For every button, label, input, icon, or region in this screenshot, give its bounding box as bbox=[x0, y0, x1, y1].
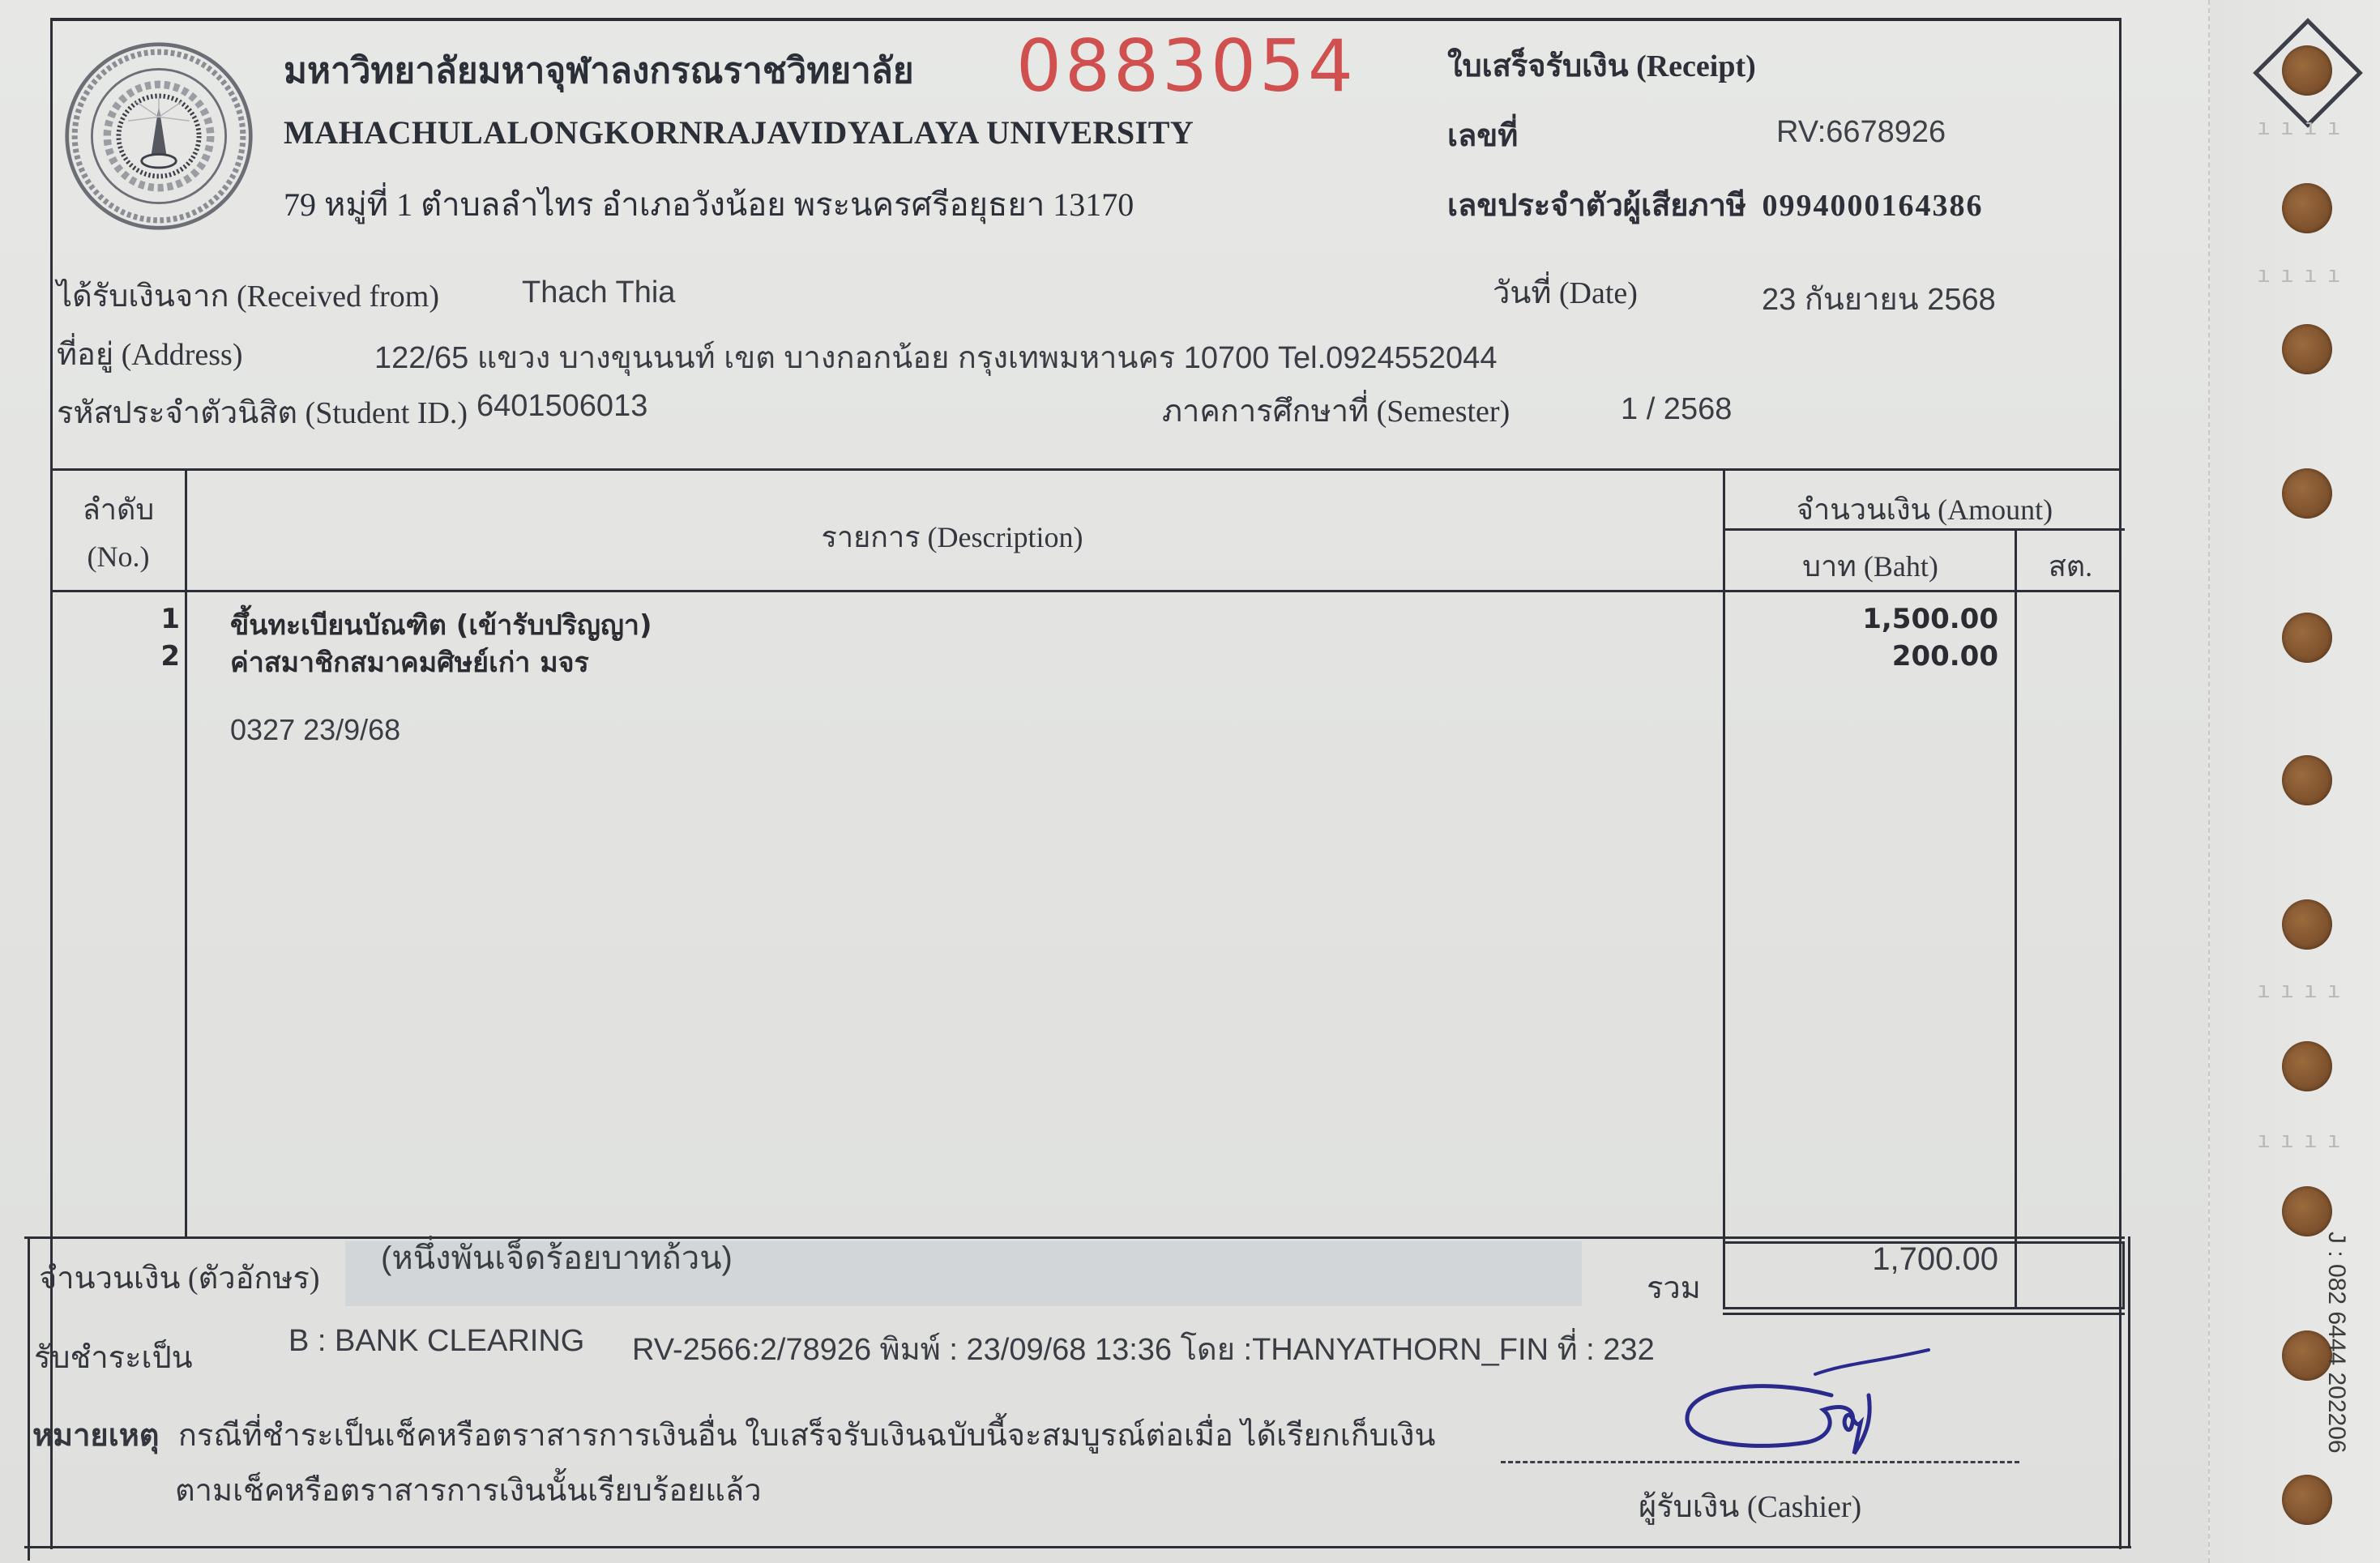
divider bbox=[24, 1236, 2125, 1239]
column-header-description: รายการ (Description) bbox=[616, 514, 1288, 560]
divider bbox=[50, 590, 2121, 592]
student-id-label: รหัสประจำตัวนิสิต (Student ID.) bbox=[57, 387, 468, 437]
address-label: ที่อยู่ (Address) bbox=[57, 329, 242, 378]
column-header-baht: บาท (Baht) bbox=[1726, 543, 2015, 589]
semester-value: 1 / 2568 bbox=[1621, 392, 1732, 427]
feed-hole-icon bbox=[2282, 324, 2332, 374]
feed-hole-icon bbox=[2282, 1186, 2332, 1236]
remarks-line-1: กรณีที่ชำระเป็นเช็คหรือตราสารการเงินอื่น… bbox=[178, 1419, 1436, 1453]
tax-id: เลขประจำตัวผู้เสียภาษี 0994000164386 bbox=[1447, 180, 1983, 229]
column-header-no-thai: ลำดับ bbox=[78, 486, 159, 532]
cashier-label: ผู้รับเงิน (Cashier) bbox=[1639, 1481, 1861, 1531]
university-name-thai: มหาวิทยาลัยมหาจุฬาลงกรณราชวิทยาลัย bbox=[284, 42, 914, 99]
column-header-satang: สต. bbox=[2018, 543, 2123, 589]
remarks: หมายเหตุ กรณีที่ชำระเป็นเช็คหรือตราสารกา… bbox=[32, 1410, 1435, 1459]
feed-hole-icon bbox=[2282, 1041, 2332, 1091]
receipt-title: ใบเสร็จรับเงิน (Receipt) bbox=[1447, 41, 1756, 90]
received-from-value: Thach Thia bbox=[522, 275, 675, 310]
signature-line bbox=[1501, 1461, 2019, 1463]
receipt-serial-number: 0883054 bbox=[1016, 24, 1357, 108]
received-from-label: ได้รับเงินจาก (Received from) bbox=[57, 271, 439, 320]
column-header-amount: จำนวนเงิน (Amount) bbox=[1726, 486, 2123, 532]
feed-hole-icon bbox=[2282, 755, 2332, 805]
total-double-rule bbox=[1723, 1313, 2125, 1315]
printer-code: J : 082 6444 202206 bbox=[2322, 1232, 2350, 1454]
receipt-number-label: เลขที่ bbox=[1447, 110, 1518, 160]
receipt-number-value: RV:6678926 bbox=[1776, 115, 1946, 150]
print-info: RV-2566:2/78926 พิมพ์ : 23/09/68 13:36 โ… bbox=[632, 1324, 1655, 1373]
tax-id-value: 0994000164386 bbox=[1762, 189, 1983, 223]
date-label: วันที่ (Date) bbox=[1493, 267, 1638, 317]
amount-words-value: (หนึ่งพันเจ็ดร้อยบาทถ้วน) bbox=[381, 1232, 733, 1283]
payment-method-label: รับชำระเป็น bbox=[34, 1332, 193, 1382]
receipt-frame bbox=[50, 18, 2121, 1549]
tax-id-label: เลขประจำตัวผู้เสียภาษี bbox=[1447, 189, 1746, 223]
university-address: 79 หมู่ที่ 1 ตำบลลำไทร อำเภอวังน้อย พระน… bbox=[284, 178, 1134, 230]
perforation-ticks-icon: ıııı bbox=[2257, 976, 2350, 1003]
date-value: 23 กันยายน 2568 bbox=[1762, 274, 1996, 323]
perforation-ticks-icon: ıııı bbox=[2257, 261, 2350, 288]
feed-hole-icon bbox=[2282, 183, 2332, 233]
semester-label: ภาคการศึกษาที่ (Semester) bbox=[1162, 386, 1510, 435]
row-amount-baht: 200.00 bbox=[1734, 640, 1998, 673]
row-number: 1 bbox=[154, 603, 180, 635]
divider bbox=[185, 468, 187, 1236]
table-note: 0327 23/9/68 bbox=[230, 713, 400, 747]
divider bbox=[2128, 1236, 2130, 1548]
student-id-value: 6401506013 bbox=[476, 389, 647, 424]
handwritten-signature-icon bbox=[1669, 1345, 1961, 1467]
divider bbox=[28, 1236, 30, 1561]
feed-hole-icon bbox=[2282, 899, 2332, 950]
divider bbox=[2015, 528, 2017, 1309]
remarks-label: หมายเหตุ bbox=[32, 1419, 159, 1453]
feed-hole-icon bbox=[2282, 613, 2332, 663]
amount-words-label: จำนวนเงิน (ตัวอักษร) bbox=[39, 1253, 320, 1302]
university-name-english: MAHACHULALONGKORNRAJAVIDYALAYA UNIVERSIT… bbox=[284, 113, 1194, 152]
perforation-ticks-icon: ıııı bbox=[2257, 113, 2350, 140]
feed-hole-icon bbox=[2282, 45, 2332, 96]
divider bbox=[1723, 468, 1725, 1241]
remarks-line-2: ตามเช็คหรือตราสารการเงินนั้นเรียบร้อยแล้… bbox=[175, 1465, 762, 1514]
feed-hole-icon bbox=[2282, 468, 2332, 519]
total-value: 1,700.00 bbox=[1734, 1241, 1998, 1278]
column-header-no: (No.) bbox=[78, 540, 159, 574]
row-number: 2 bbox=[154, 640, 180, 673]
address-value: 122/65 แขวง บางขุนนนท์ เขต บางกอกน้อย กร… bbox=[374, 332, 1497, 382]
payment-method-value: B : BANK CLEARING bbox=[288, 1324, 584, 1359]
total-label: รวม bbox=[1647, 1262, 1701, 1312]
perforation-ticks-icon: ıııı bbox=[2257, 1126, 2350, 1153]
row-amount-baht: 1,500.00 bbox=[1734, 603, 1998, 635]
divider bbox=[50, 468, 2121, 471]
row-description: ค่าสมาชิกสมาคมศิษย์เก่า มจร bbox=[230, 640, 589, 684]
divider bbox=[24, 1546, 2131, 1548]
university-seal-icon bbox=[63, 41, 254, 232]
feed-hole-icon bbox=[2282, 1475, 2332, 1525]
